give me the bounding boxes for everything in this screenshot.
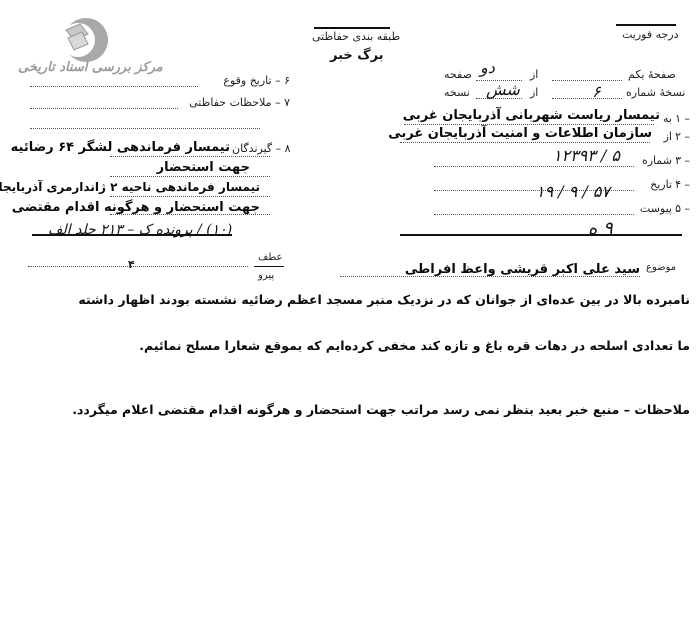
subject-value: سید علی اکبر قریشی واعظ افراطی	[380, 262, 640, 277]
ref-rule	[254, 266, 284, 267]
subject-label: موضوع	[646, 262, 676, 273]
followup-mark: ۴	[128, 258, 135, 271]
urgency-label: درجه فوریت	[622, 28, 679, 41]
field-attachment: ۵ – پیوست	[430, 198, 690, 220]
ref-label: عطف	[258, 252, 283, 263]
field-label: پیوست	[640, 202, 672, 215]
copy-suffix: نسخه	[444, 86, 470, 99]
field-value: تیمسار ریاست شهربانی آذربایجان غربی	[403, 108, 660, 123]
field-label: شماره	[642, 154, 672, 167]
copy-number-line	[552, 98, 622, 99]
copy-total-hand: شش	[486, 80, 520, 99]
urgency-rule	[616, 24, 676, 26]
followup-label: پیرو	[258, 270, 274, 281]
recipients-label: ۸ – گیرندگان	[232, 142, 291, 155]
field-security-notes: ۷ – ملاحظات حفاظتی	[30, 94, 290, 114]
page-suffix: صفحه	[444, 68, 472, 81]
field-date: ۴ – تاریخ ۱۹ / ۹ / ۵۷	[430, 172, 690, 194]
field-num: ۵ –	[675, 202, 690, 215]
form-title: برگ خبر	[330, 48, 384, 63]
field-label: تاریخ	[650, 178, 672, 191]
field-num: ۴ –	[675, 178, 690, 191]
field-label: ۶ – تاریخ وقوع	[223, 74, 290, 87]
recipient-1-note: جهت استحضار	[130, 160, 250, 175]
security-notes-line-2	[30, 128, 260, 129]
page-of: از	[530, 68, 538, 81]
copy-of: از	[530, 86, 538, 99]
copy-number-hand: ۶	[592, 82, 601, 101]
recipient-2: تیمسار فرماندهی ناحیه ۲ ژاندارمری آذربای…	[0, 180, 260, 194]
watermark-logo: مرکز بررسی اسناد تاریخی	[14, 16, 144, 76]
field-value: ۱۲۳۹۳ / ۵	[553, 146, 620, 165]
page-total-hand: دو	[480, 58, 495, 77]
classification-rule	[314, 27, 390, 29]
page-number-line	[552, 80, 622, 81]
handwritten-file-note: (۱۰) / پرونده ک – ۲۱۳ جلد الف	[48, 222, 232, 238]
field-label: از	[664, 130, 672, 143]
classification-label: طبقه بندی حفاظتی	[312, 30, 400, 43]
recipient-1: تیمسار فرماندهی لشگر ۶۴ رضائیه	[6, 140, 230, 155]
field-number: ۳ – شماره ۱۲۳۹۳ / ۵	[430, 148, 690, 170]
field-num: ۲ –	[675, 130, 690, 143]
recipient-2-note: جهت استحضار و هرگونه اقدام مقتضی	[40, 200, 260, 215]
ref-line	[28, 266, 248, 267]
body-paragraph-1-line-1: نامبرده بالا در بین عده‌ای از جوانان که …	[58, 292, 690, 307]
field-from: ۲ – از سازمان اطلاعات و امنیت آذربایجان …	[380, 124, 690, 144]
page-label: صفحهٔ یکم	[628, 68, 676, 81]
body-paragraph-2: ملاحظات – منبع خبر بعید بنظر نمی رسد مرا…	[50, 402, 690, 417]
archive-book-icon	[58, 16, 110, 64]
section-divider-right	[400, 234, 682, 236]
copy-label: نسخهٔ شماره	[626, 86, 685, 99]
field-to: ۱ – به تیمسار ریاست شهربانی آذربایجان غر…	[400, 106, 690, 126]
field-value: سازمان اطلاعات و امنیت آذربایجان غربی	[388, 126, 652, 141]
field-occurrence-date: ۶ – تاریخ وقوع	[30, 72, 290, 92]
body-paragraph-1-line-2: ما تعدادی اسلحه در دهات قره باغ و تازه ک…	[120, 338, 690, 353]
field-num: ۳ –	[675, 154, 690, 167]
field-label: ۷ – ملاحظات حفاظتی	[189, 96, 290, 109]
